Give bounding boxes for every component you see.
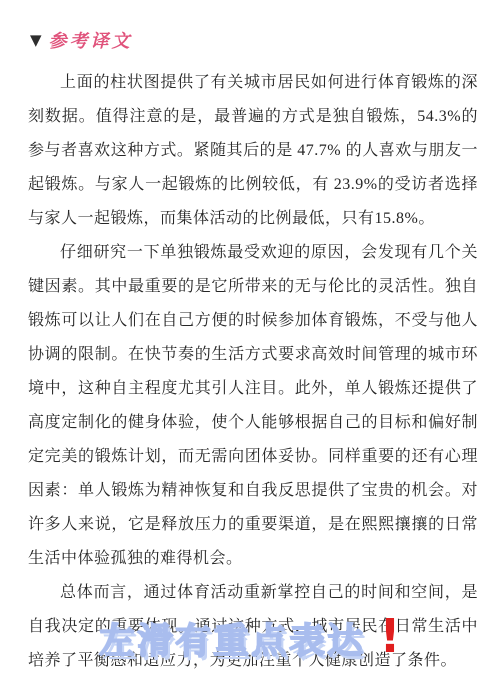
triangle-down-icon: ▼	[30, 33, 42, 48]
translation-page: ▼ 参考译文 上面的柱状图提供了有关城市居民如何进行体育锻炼的深刻数据。值得注意…	[0, 0, 500, 699]
paragraph-overview: 上面的柱状图提供了有关城市居民如何进行体育锻炼的深刻数据。值得注意的是，最普遍的…	[28, 66, 478, 236]
translation-body: 上面的柱状图提供了有关城市居民如何进行体育锻炼的深刻数据。值得注意的是，最普遍的…	[0, 66, 500, 678]
swipe-hint-text: 左滑有重点表达	[100, 614, 366, 664]
paragraph-analysis: 仔细研究一下单独锻炼最受欢迎的原因，会发现有几个关键因素。其中最重要的是它所带来…	[28, 236, 478, 576]
exclamation-mark: !	[380, 609, 401, 663]
swipe-hint-banner: 左滑有重点表达 !	[0, 612, 500, 666]
section-title: 参考译文	[49, 27, 133, 53]
section-header: ▼ 参考译文	[30, 28, 500, 52]
